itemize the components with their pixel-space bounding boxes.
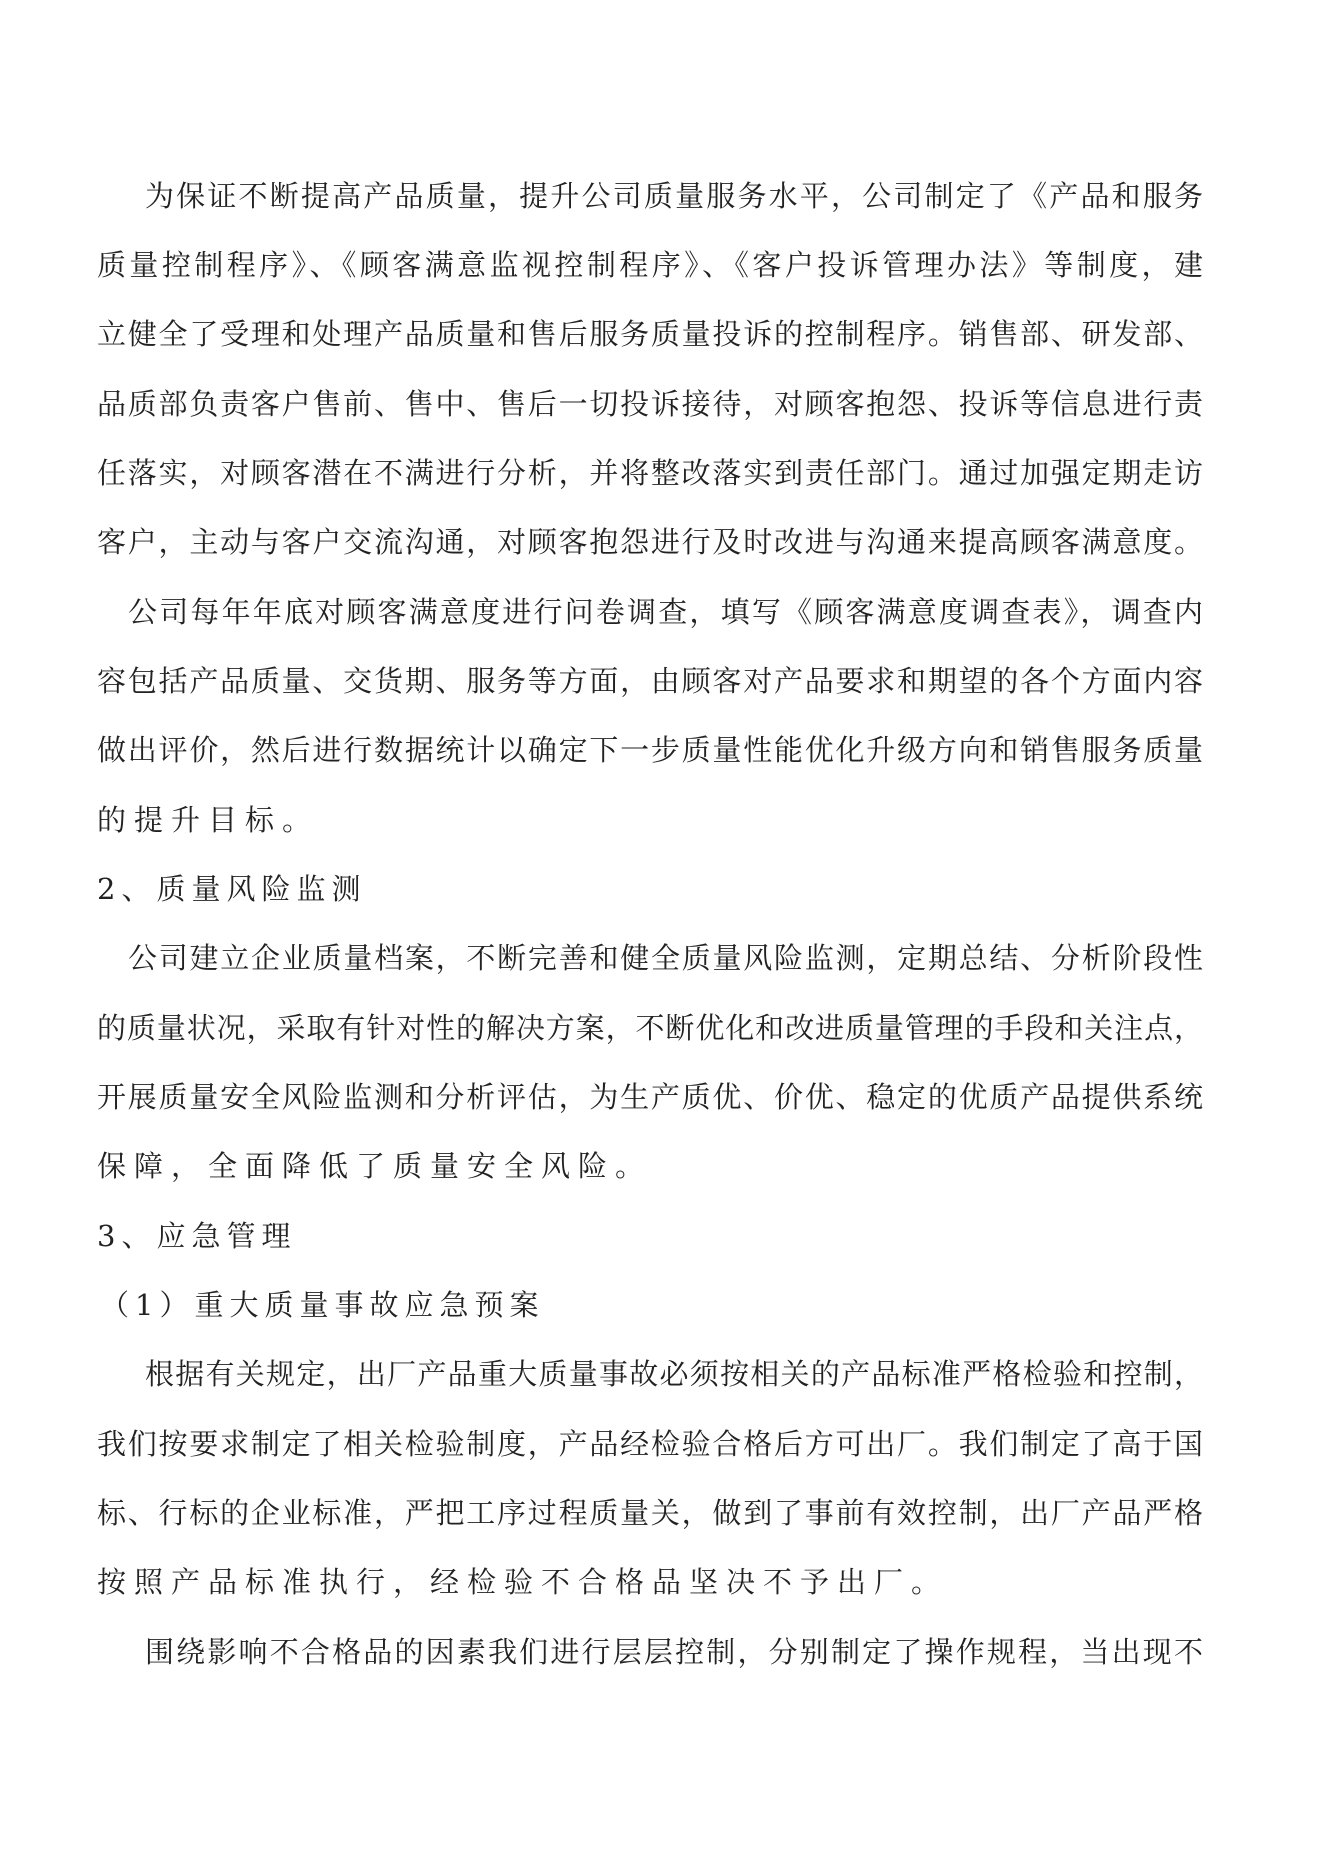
section-heading: 2、质量风险监测 — [97, 869, 1203, 909]
paragraph-line: 按照产品标准执行，经检验不合格品坚决不予出厂。 — [97, 1562, 1203, 1602]
section-heading: 3、应急管理 — [97, 1216, 1203, 1256]
paragraph-line: 根据有关规定，出厂产品重大质量事故必须按相关的产品标准严格检验和控制， — [145, 1354, 1203, 1394]
paragraph-line: 我们按要求制定了相关检验制度，产品经检验合格后方可出厂。我们制定了高于国 — [97, 1424, 1203, 1464]
paragraph-line: 围绕影响不合格品的因素我们进行层层控制，分别制定了操作规程，当出现不 — [145, 1632, 1203, 1672]
section-heading: （1）重大质量事故应急预案 — [100, 1285, 1203, 1325]
paragraph-line: 标、行标的企业标准，严把工序过程质量关，做到了事前有效控制，出厂产品严格 — [97, 1493, 1203, 1533]
paragraph-line: 容包括产品质量、交货期、服务等方面，由顾客对产品要求和期望的各个方面内容 — [97, 661, 1203, 701]
paragraph-line: 的质量状况，采取有针对性的解决方案，不断优化和改进质量管理的手段和关注点， — [97, 1008, 1203, 1048]
paragraph-line: 立健全了受理和处理产品质量和售后服务质量投诉的控制程序。销售部、研发部、 — [97, 314, 1203, 354]
paragraph-line: 为保证不断提高产品质量，提升公司质量服务水平，公司制定了《产品和服务 — [145, 176, 1203, 216]
paragraph-line: 保障，全面降低了质量安全风险。 — [97, 1146, 1203, 1186]
paragraph-line: 质量控制程序》、《顾客满意监视控制程序》、《客户投诉管理办法》等制度，建 — [97, 245, 1203, 285]
paragraph-line: 做出评价，然后进行数据统计以确定下一步质量性能优化升级方向和销售服务质量 — [97, 730, 1203, 770]
document-page: 为保证不断提高产品质量，提升公司质量服务水平，公司制定了《产品和服务质量控制程序… — [0, 0, 1323, 1871]
paragraph-line: 的提升目标。 — [97, 800, 1203, 840]
paragraph-line: 品质部负责客户售前、售中、售后一切投诉接待，对顾客抱怨、投诉等信息进行责 — [97, 384, 1203, 424]
paragraph-line: 开展质量安全风险监测和分析评估，为生产质优、价优、稳定的优质产品提供系统 — [97, 1077, 1203, 1117]
paragraph-line: 客户，主动与客户交流沟通，对顾客抱怨进行及时改进与沟通来提高顾客满意度。 — [97, 522, 1203, 562]
paragraph-line: 任落实，对顾客潜在不满进行分析，并将整改落实到责任部门。通过加强定期走访 — [97, 453, 1203, 493]
paragraph-line: 公司建立企业质量档案，不断完善和健全质量风险监测，定期总结、分析阶段性 — [128, 938, 1203, 978]
paragraph-line: 公司每年年底对顾客满意度进行问卷调查，填写《顾客满意度调查表》，调查内 — [128, 592, 1203, 632]
